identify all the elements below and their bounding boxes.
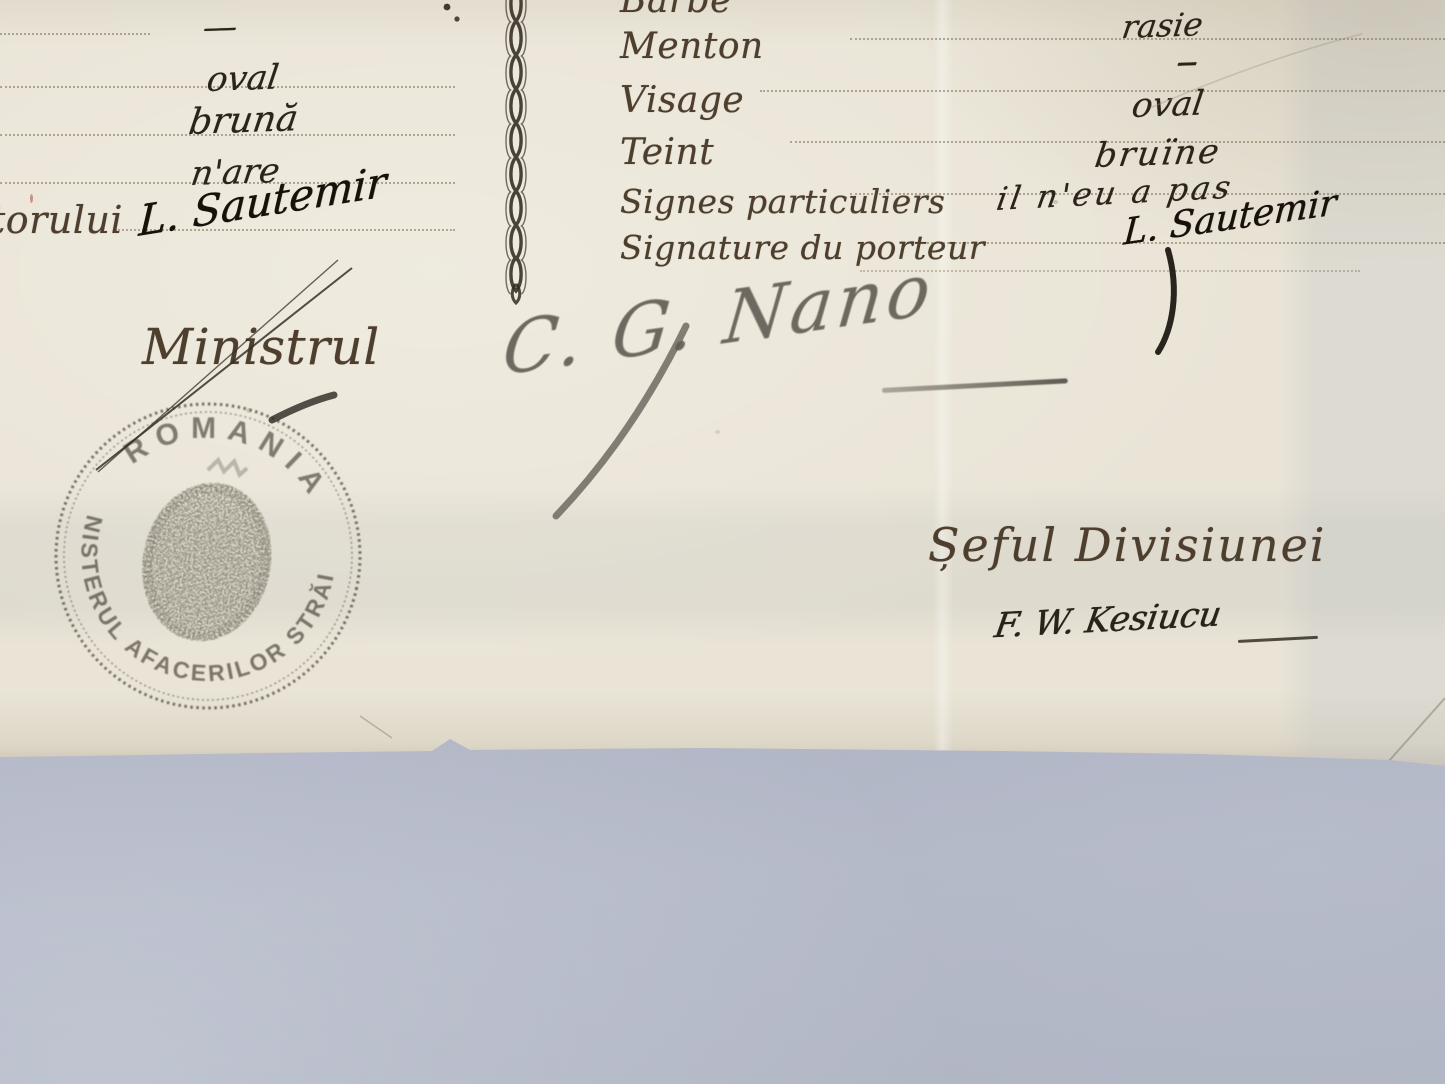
foxing-spot	[715, 430, 720, 434]
ink-blot	[444, 4, 451, 11]
foxing-spot	[30, 194, 33, 203]
ink-strokes-overlay	[0, 0, 1445, 770]
document-paper: — oval brună n'are torului L. Sautemir B…	[0, 0, 1445, 770]
paper-crease	[1150, 34, 1362, 108]
foxing-spot	[246, 408, 252, 413]
ink-blot	[454, 16, 459, 21]
photograph-of-document: — oval brună n'are torului L. Sautemir B…	[0, 0, 1445, 1084]
signature-descender-stroke	[1158, 250, 1174, 352]
foxing-spot	[1053, 200, 1058, 204]
paper-scratch	[360, 716, 392, 738]
pen-flourish-line	[98, 260, 338, 472]
signature-descender-stroke	[556, 326, 686, 516]
ink-stroke	[272, 395, 334, 420]
paper-crease	[1388, 698, 1445, 762]
